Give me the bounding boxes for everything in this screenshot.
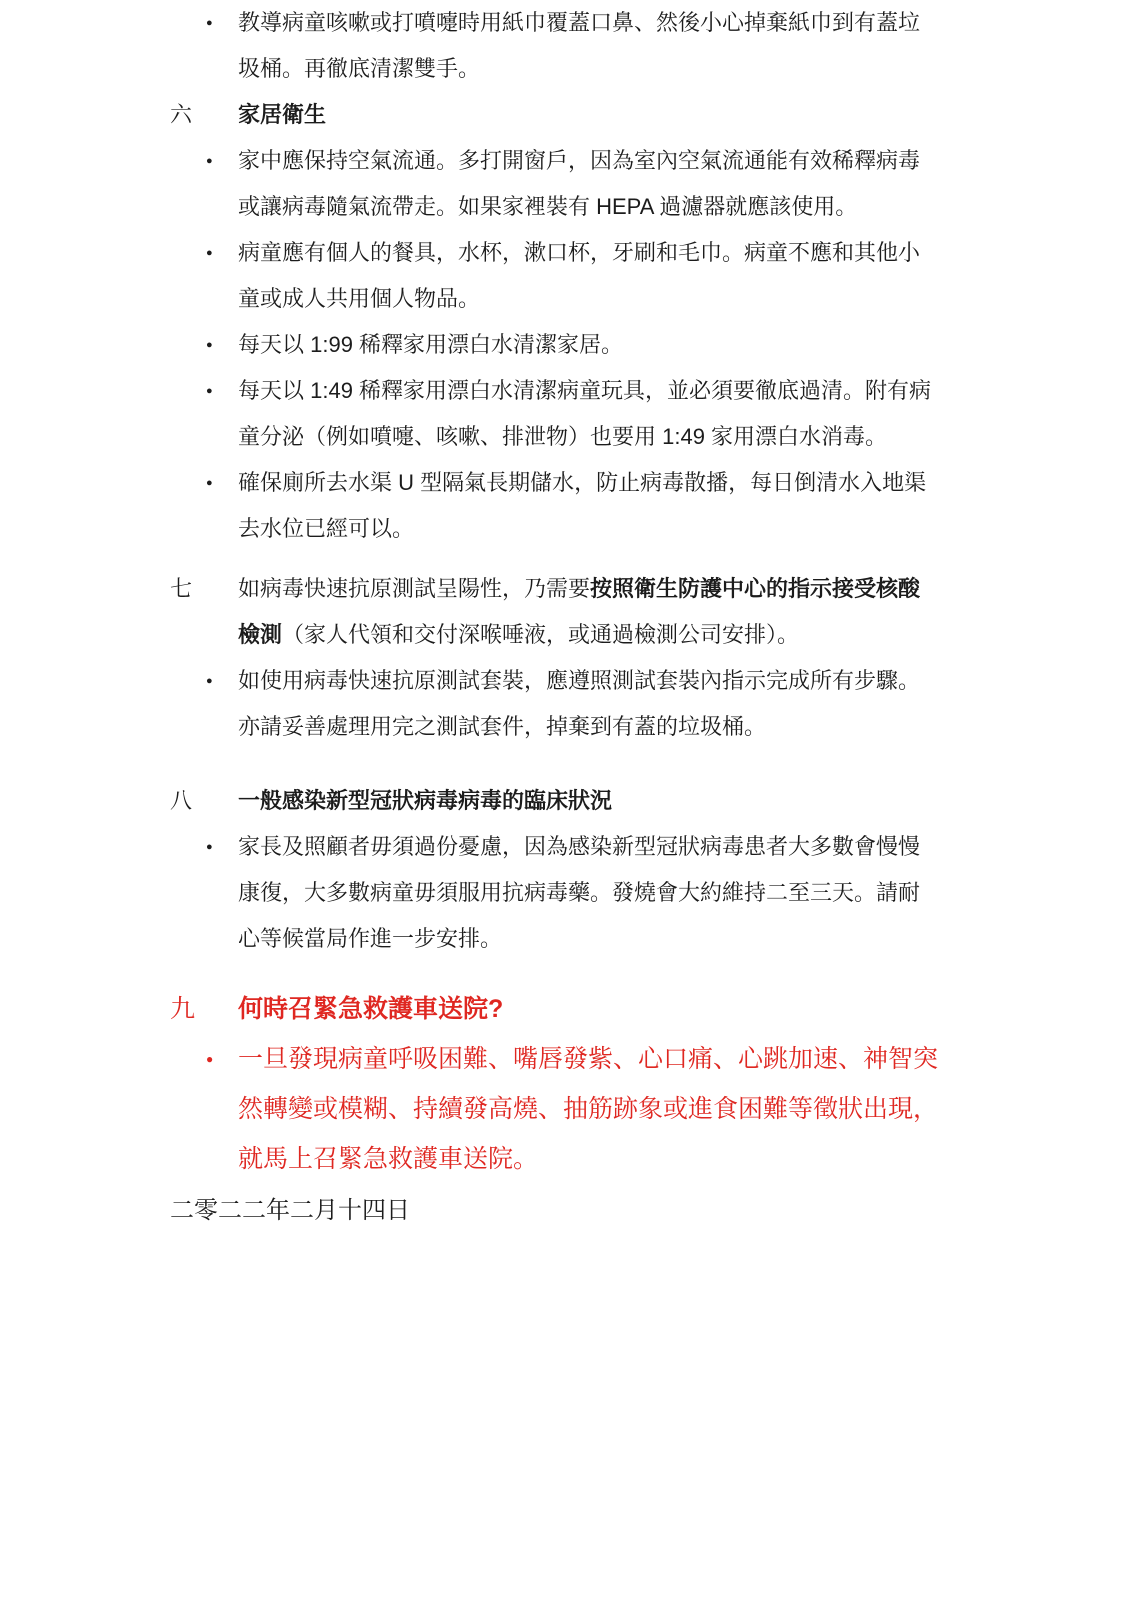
bullet-icon: ● — [206, 824, 213, 870]
paragraph-text: （家人代領和交付深喉唾液，或通過檢測公司安排）。 — [282, 622, 799, 647]
section-number: 六 — [170, 92, 238, 138]
section-number: 八 — [170, 778, 238, 824]
list-item: ● 家長及照顧者毋須過份憂慮，因為感染新型冠狀病毒患者大多數會慢慢康復，大多數病… — [170, 824, 936, 962]
bullet-icon: ● — [206, 322, 213, 368]
bullet-text: 確保廁所去水渠 U 型隔氣長期儲水，防止病毒散播，每日倒清水入地渠去水位已經可以… — [238, 470, 926, 541]
section-seven-bullet-list: ● 如使用病毒快速抗原測試套裝，應遵照測試套裝內指示完成所有步驟。亦請妥善處理用… — [170, 658, 936, 750]
bullet-text: 病童應有個人的餐具，水杯，漱口杯，牙刷和毛巾。病童不應和其他小童或成人共用個人物… — [238, 240, 920, 311]
list-item: ● 每天以 1:49 稀釋家用漂白水清潔病童玩具，並必須要徹底過清。附有病童分泌… — [170, 368, 936, 460]
bullet-text: 教導病童咳嗽或打噴嚏時用紙巾覆蓋口鼻、然後小心掉棄紙巾到有蓋垃圾桶。再徹底清潔雙… — [238, 10, 920, 81]
section-paragraph: 如病毒快速抗原測試呈陽性，乃需要按照衛生防護中心的指示接受核酸檢測（家人代領和交… — [238, 566, 936, 658]
section-six-heading: 六 家居衛生 — [170, 92, 936, 138]
bullet-icon: ● — [206, 658, 213, 704]
section-title: 一般感染新型冠狀病毒病毒的臨床狀況 — [238, 778, 612, 824]
section-title: 家居衛生 — [238, 92, 326, 138]
section-number: 九 — [170, 984, 238, 1034]
bullet-icon: ● — [206, 1034, 213, 1084]
list-item: ● 一旦發現病童呼吸困難、嘴唇發紫、心口痛、心跳加速、神智突然轉變或模糊、持續發… — [170, 1034, 960, 1184]
bullet-icon: ● — [206, 460, 213, 506]
list-item: ● 每天以 1:99 稀釋家用漂白水清潔家居。 — [170, 322, 936, 368]
bullet-text: 如使用病毒快速抗原測試套裝，應遵照測試套裝內指示完成所有步驟。亦請妥善處理用完之… — [238, 668, 920, 739]
document-body: ● 教導病童咳嗽或打噴嚏時用紙巾覆蓋口鼻、然後小心掉棄紙巾到有蓋垃圾桶。再徹底清… — [170, 0, 936, 1228]
bullet-text: 家長及照顧者毋須過份憂慮，因為感染新型冠狀病毒患者大多數會慢慢康復，大多數病童毋… — [238, 834, 920, 951]
bullet-icon: ● — [206, 0, 213, 46]
section-nine-heading: 九 何時召緊急救護車送院? — [170, 984, 936, 1034]
bullet-text: 每天以 1:99 稀釋家用漂白水清潔家居。 — [238, 332, 623, 357]
section-title: 何時召緊急救護車送院? — [238, 984, 503, 1034]
intro-bullet-list: ● 教導病童咳嗽或打噴嚏時用紙巾覆蓋口鼻、然後小心掉棄紙巾到有蓋垃圾桶。再徹底清… — [170, 0, 936, 92]
bullet-icon: ● — [206, 138, 213, 184]
list-item: ● 教導病童咳嗽或打噴嚏時用紙巾覆蓋口鼻、然後小心掉棄紙巾到有蓋垃圾桶。再徹底清… — [170, 0, 936, 92]
list-item: ● 病童應有個人的餐具，水杯，漱口杯，牙刷和毛巾。病童不應和其他小童或成人共用個… — [170, 230, 936, 322]
bullet-text: 每天以 1:49 稀釋家用漂白水清潔病童玩具，並必須要徹底過清。附有病童分泌（例… — [238, 378, 931, 449]
bullet-icon: ● — [206, 230, 213, 276]
section-nine-bullet-list: ● 一旦發現病童呼吸困難、嘴唇發紫、心口痛、心跳加速、神智突然轉變或模糊、持續發… — [170, 1034, 960, 1184]
list-item: ● 如使用病毒快速抗原測試套裝，應遵照測試套裝內指示完成所有步驟。亦請妥善處理用… — [170, 658, 936, 750]
section-seven-heading: 七 如病毒快速抗原測試呈陽性，乃需要按照衛生防護中心的指示接受核酸檢測（家人代領… — [170, 566, 936, 658]
section-eight-heading: 八 一般感染新型冠狀病毒病毒的臨床狀況 — [170, 778, 936, 824]
list-item: ● 家中應保持空氣流通。多打開窗戶，因為室內空氣流通能有效稀釋病毒或讓病毒隨氣流… — [170, 138, 936, 230]
section-six-bullet-list: ● 家中應保持空氣流通。多打開窗戶，因為室內空氣流通能有效稀釋病毒或讓病毒隨氣流… — [170, 138, 936, 552]
paragraph-text: 如病毒快速抗原測試呈陽性，乃需要 — [238, 576, 590, 601]
section-eight-bullet-list: ● 家長及照顧者毋須過份憂慮，因為感染新型冠狀病毒患者大多數會慢慢康復，大多數病… — [170, 824, 936, 962]
bullet-icon: ● — [206, 368, 213, 414]
section-number: 七 — [170, 566, 238, 612]
bullet-text: 家中應保持空氣流通。多打開窗戶，因為室內空氣流通能有效稀釋病毒或讓病毒隨氣流帶走… — [238, 148, 920, 219]
bullet-text: 一旦發現病童呼吸困難、嘴唇發紫、心口痛、心跳加速、神智突然轉變或模糊、持續發高燒… — [238, 1045, 938, 1173]
document-page: ● 教導病童咳嗽或打噴嚏時用紙巾覆蓋口鼻、然後小心掉棄紙巾到有蓋垃圾桶。再徹底清… — [0, 0, 1131, 1600]
document-date: 二零二二年二月十四日 — [170, 1194, 936, 1228]
list-item: ● 確保廁所去水渠 U 型隔氣長期儲水，防止病毒散播，每日倒清水入地渠去水位已經… — [170, 460, 936, 552]
